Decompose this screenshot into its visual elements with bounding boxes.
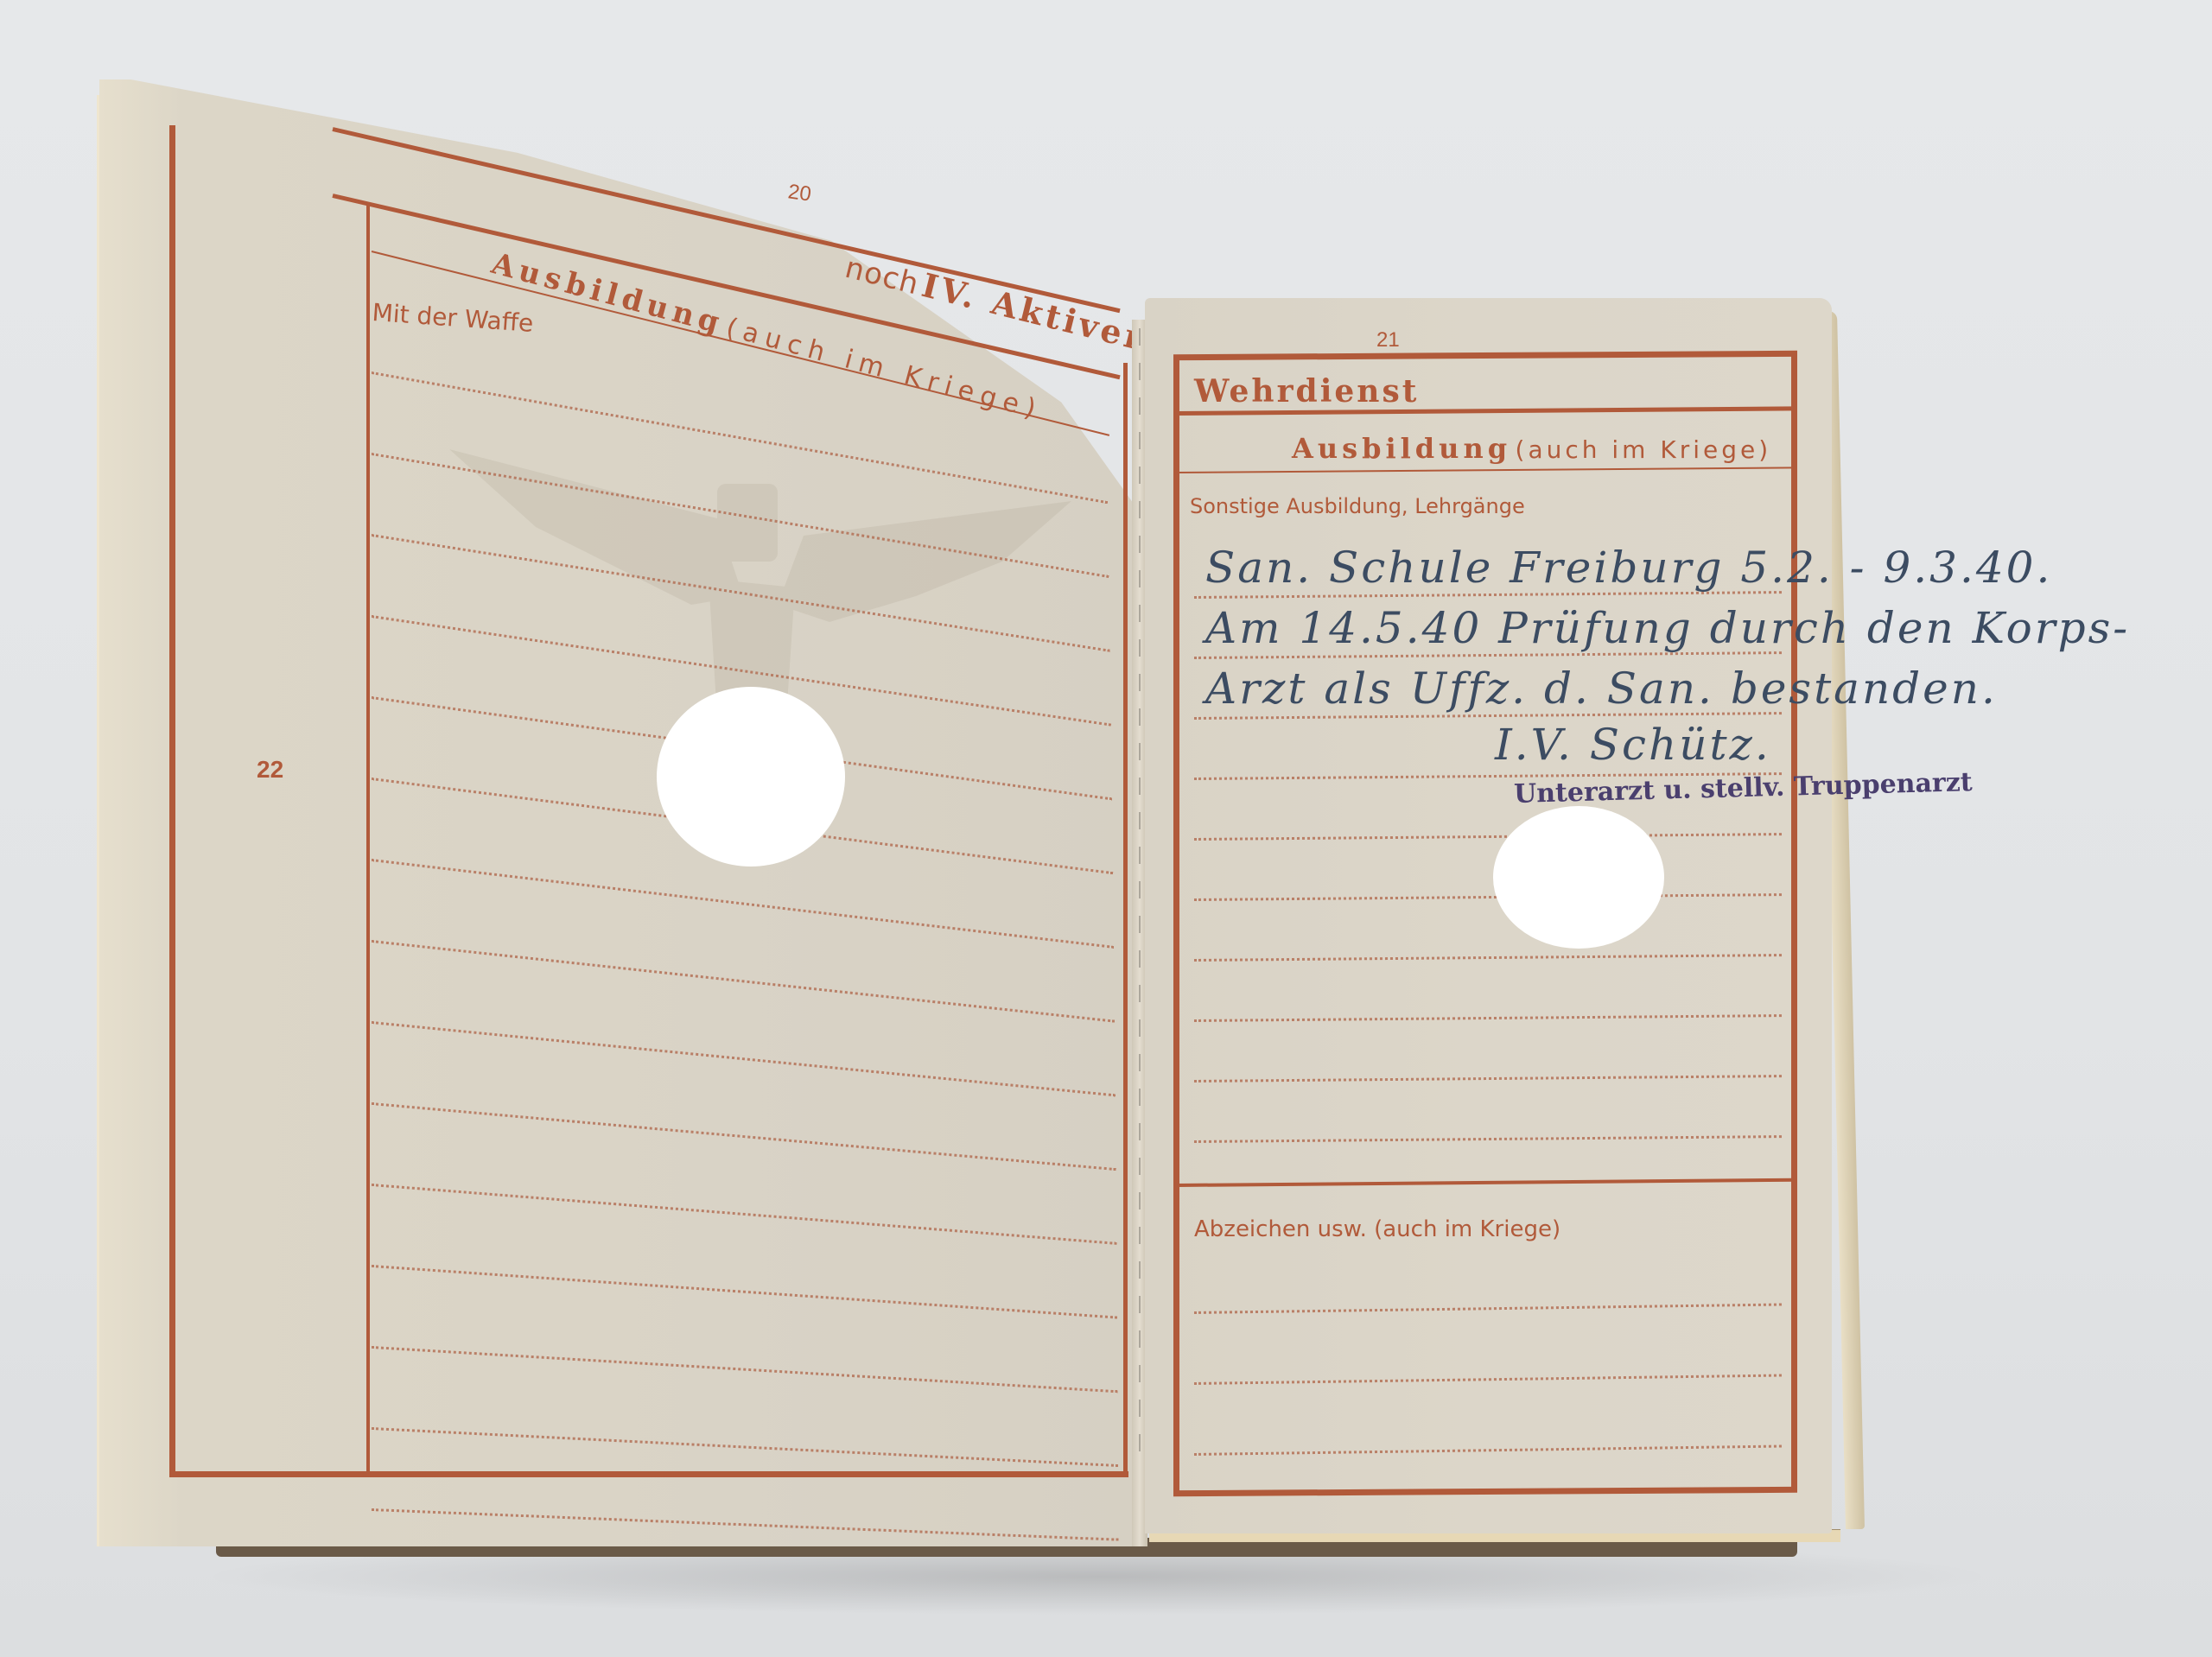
left-page-frame — [169, 125, 1128, 1477]
handwritten-signature: I.V. Schütz. — [1495, 720, 1771, 770]
right-field-label: Sonstige Ausbildung, Lehrgänge — [1190, 494, 1525, 518]
handwritten-line-2: Am 14.5.40 Prüfung durch den Korps- — [1205, 603, 2130, 653]
redaction-right — [1493, 806, 1664, 949]
redaction-left — [657, 687, 845, 867]
right-page-number: 21 — [1376, 328, 1400, 352]
left-right-border — [1123, 363, 1128, 1477]
right-section-subtitle: (auch im Kriege) — [1516, 435, 1772, 464]
handwritten-line-1: San. Schule Freiburg 5.2. - 9.3.40. — [1205, 543, 2052, 593]
left-side-number: 22 — [257, 756, 283, 784]
left-page-number: 20 — [786, 180, 812, 206]
spine-stitching — [1139, 328, 1141, 1451]
right-page-frame — [1173, 351, 1797, 1496]
right-header-title: Wehrdienst — [1194, 373, 1419, 409]
right-section-heading: Ausbildung (auch im Kriege) — [1292, 432, 1771, 465]
right-section-title: Ausbildung — [1292, 432, 1511, 465]
handwritten-line-3: Arzt als Uffz. d. San. bestanden. — [1205, 663, 1998, 714]
right-second-field-label: Abzeichen usw. (auch im Kriege) — [1194, 1216, 1560, 1242]
left-page-inner-margin-line — [366, 203, 375, 1477]
